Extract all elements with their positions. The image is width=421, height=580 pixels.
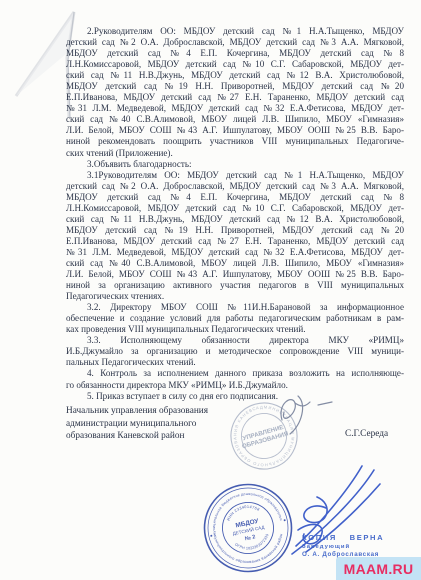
document-paragraphs: 2.Руководителям ОО: МБДОУ детский сад №1… — [66, 26, 404, 402]
document-line: Е.П.Иванова, МБДОУ детский сад №27 Е.Н. … — [66, 92, 404, 103]
document-line: МБДОУ детский сад №19 Н.Н. Приворотней, … — [66, 225, 404, 236]
maam-watermark: MAAM.RU — [336, 557, 421, 580]
signatory-title-line: администрации муниципального — [66, 418, 208, 431]
document-line: ский сад №11 Н.В.Джунь, МБДОУ детский са… — [66, 214, 404, 225]
document-line: детский сад №2 О.А. Доброславской, МБДОУ… — [66, 181, 404, 192]
document-line: ских чтений (Приложение). — [66, 148, 404, 159]
copy-stamp-line1: КОПИЯ ВЕРНА — [302, 533, 384, 542]
document-line: №31 Л.М. Медведевой, МБДОУ детский сад №… — [66, 247, 404, 258]
document-line: Л.И. Белой, МБОУ СОШ №43 А.Г. Ишпулатову… — [66, 269, 404, 280]
document-line: Е.П.Иванова, МБДОУ детский сад №27 Е.Н. … — [66, 236, 404, 247]
document-line: Л.И. Белой, МБОУ СОШ №43 А.Г. Ишпулатову… — [66, 125, 404, 136]
copy-certified-stamp: КОПИЯ ВЕРНА Заведующий О. А. Доброславск… — [302, 533, 384, 558]
copy-stamp-line2: Заведующий — [302, 544, 384, 550]
document-line: Л.Н.Комиссаровой, МБДОУ детский сад №10 … — [66, 203, 404, 214]
document-line: 3.2. Директору МБОУ СОШ №11И.Н.Барановой… — [66, 302, 404, 313]
document-line: 3.3. Исполняющему обязанности директора … — [66, 335, 404, 346]
document-line: ках проведения VIII муниципальных Педаго… — [66, 324, 404, 335]
document-line: МБДОУ детский сад №4 Е.П. Кочергина, МБД… — [66, 192, 404, 203]
document-line: И.Б.Джумайло за организацию и методическ… — [66, 346, 404, 357]
signatory-title: Начальник управления образования админис… — [66, 405, 208, 443]
document-line: обеспечение и создание условий для работ… — [66, 313, 404, 324]
document-line: пальных Педагогических чтений. — [66, 357, 404, 368]
document-line: ский сад №40 С.В.Алимовой, МБОУ лицей Л.… — [66, 114, 404, 125]
document-line: ский сад №11 Н.В.Джунь, МБДОУ детский са… — [66, 70, 404, 81]
document-line: детский сад №2 О.А. Доброславской, МБДОУ… — [66, 37, 404, 48]
document-line: ский сад №40 С.В.Алимовой, МБОУ лицей Л.… — [66, 258, 404, 269]
maam-watermark-text: MAAM.RU — [344, 561, 414, 577]
document-line: 3.Объявить благодарность: — [66, 159, 404, 170]
document-line: МБДОУ детский сад №4 Е.П. Кочергина, МБД… — [66, 48, 404, 59]
document-line: Л.Н.Комиссаровой, МБДОУ детский сад №10 … — [66, 59, 404, 70]
document-line: №31 Л.М. Медведевой, МБДОУ детский сад №… — [66, 103, 404, 114]
document-line: 4. Контроль за исполнением данного прика… — [66, 368, 404, 379]
document-line: ниной за организацию активного участия п… — [66, 280, 404, 291]
signatory-name: С.Г.Середа — [345, 429, 388, 439]
signatory-title-line: образования Каневской район — [66, 430, 208, 443]
signatory-title-line: Начальник управления образования — [66, 405, 208, 418]
head-signature — [272, 390, 344, 440]
document-line: Педагогических чтениях. — [66, 291, 404, 302]
document-line: го обязанности директора МКУ «РИМЦ» И.Б.… — [66, 380, 404, 391]
blue-stamp-center-line3: № 2 — [244, 534, 256, 542]
document-line: 3.1Руководителям ОО: МБДОУ детский сад №… — [66, 170, 404, 181]
scanned-order-page: 2.Руководителям ОО: МБДОУ детский сад №1… — [0, 0, 421, 580]
document-line: 2.Руководителям ОО: МБДОУ детский сад №1… — [66, 26, 404, 37]
document-line: МБДОУ детский сад №19 Н.Н. Приворотней, … — [66, 81, 404, 92]
document-line: ниной рекомендовать поощрить участников … — [66, 136, 404, 147]
